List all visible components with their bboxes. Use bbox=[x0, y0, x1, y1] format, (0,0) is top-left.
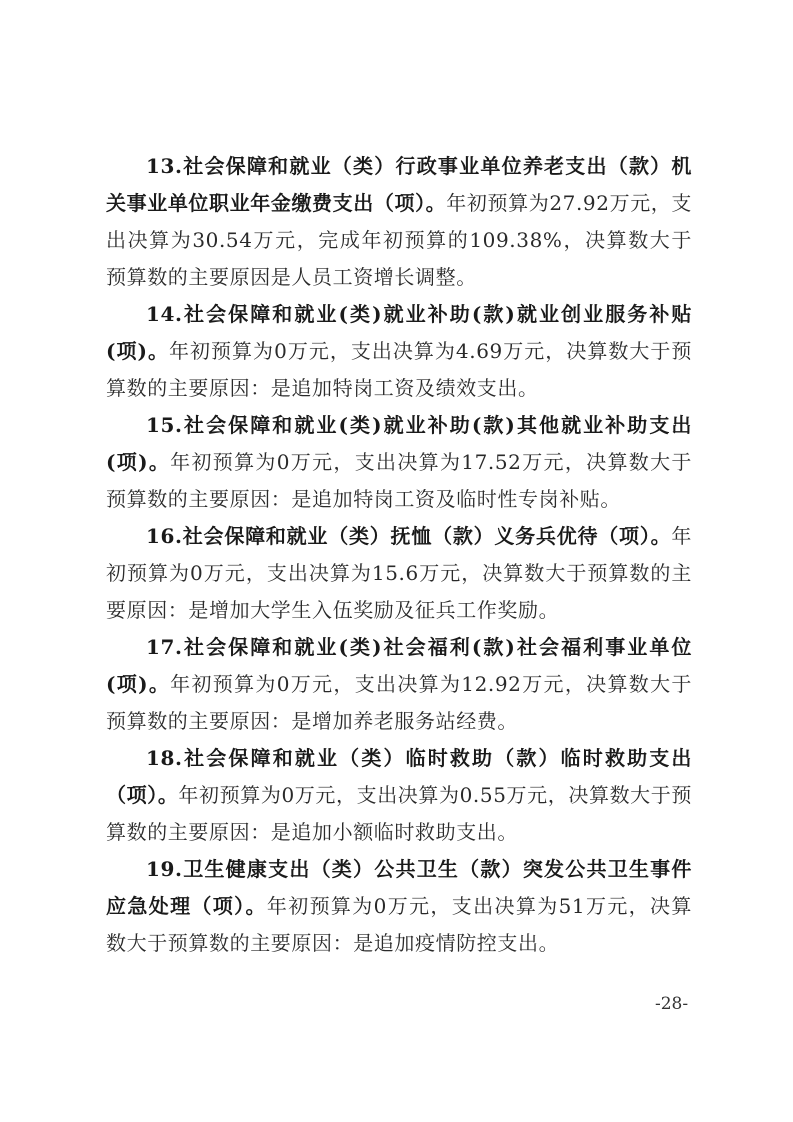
paragraph-item-19: 19.卫生健康支出（类）公共卫生（款）突发公共卫生事件应急处理（项）。年初预算为… bbox=[106, 851, 692, 962]
document-body: 13.社会保障和就业（类）行政事业单位养老支出（款）机关事业单位职业年金缴费支出… bbox=[106, 148, 692, 962]
item-body: 年初预算为0万元，支出决算为4.69万元，决算数大于预算数的主要原因：是追加特岗… bbox=[106, 339, 692, 400]
item-body: 年初预算为0万元，支出决算为17.52万元，决算数大于预算数的主要原因：是追加特… bbox=[106, 450, 692, 511]
paragraph-item-18: 18.社会保障和就业（类）临时救助（款）临时救助支出（项）。年初预算为0万元，支… bbox=[106, 740, 692, 851]
item-body: 年初预算为0万元，支出决算为0.55万元，决算数大于预算数的主要原因：是追加小额… bbox=[106, 783, 692, 844]
paragraph-item-13: 13.社会保障和就业（类）行政事业单位养老支出（款）机关事业单位职业年金缴费支出… bbox=[106, 148, 692, 296]
paragraph-item-15: 15.社会保障和就业(类)就业补助(款)其他就业补助支出(项)。年初预算为0万元… bbox=[106, 407, 692, 518]
item-body: 年初预算为0万元，支出决算为12.92万元，决算数大于预算数的主要原因：是增加养… bbox=[106, 672, 692, 733]
paragraph-item-17: 17.社会保障和就业(类)社会福利(款)社会福利事业单位(项)。年初预算为0万元… bbox=[106, 629, 692, 740]
paragraph-item-14: 14.社会保障和就业(类)就业补助(款)就业创业服务补贴(项)。年初预算为0万元… bbox=[106, 296, 692, 407]
paragraph-item-16: 16.社会保障和就业（类）抚恤（款）义务兵优待（项）。年初预算为0万元，支出决算… bbox=[106, 518, 692, 629]
item-title: 16.社会保障和就业（类）抚恤（款）义务兵优待（项）。 bbox=[146, 524, 671, 548]
page-number: -28- bbox=[655, 994, 688, 1014]
